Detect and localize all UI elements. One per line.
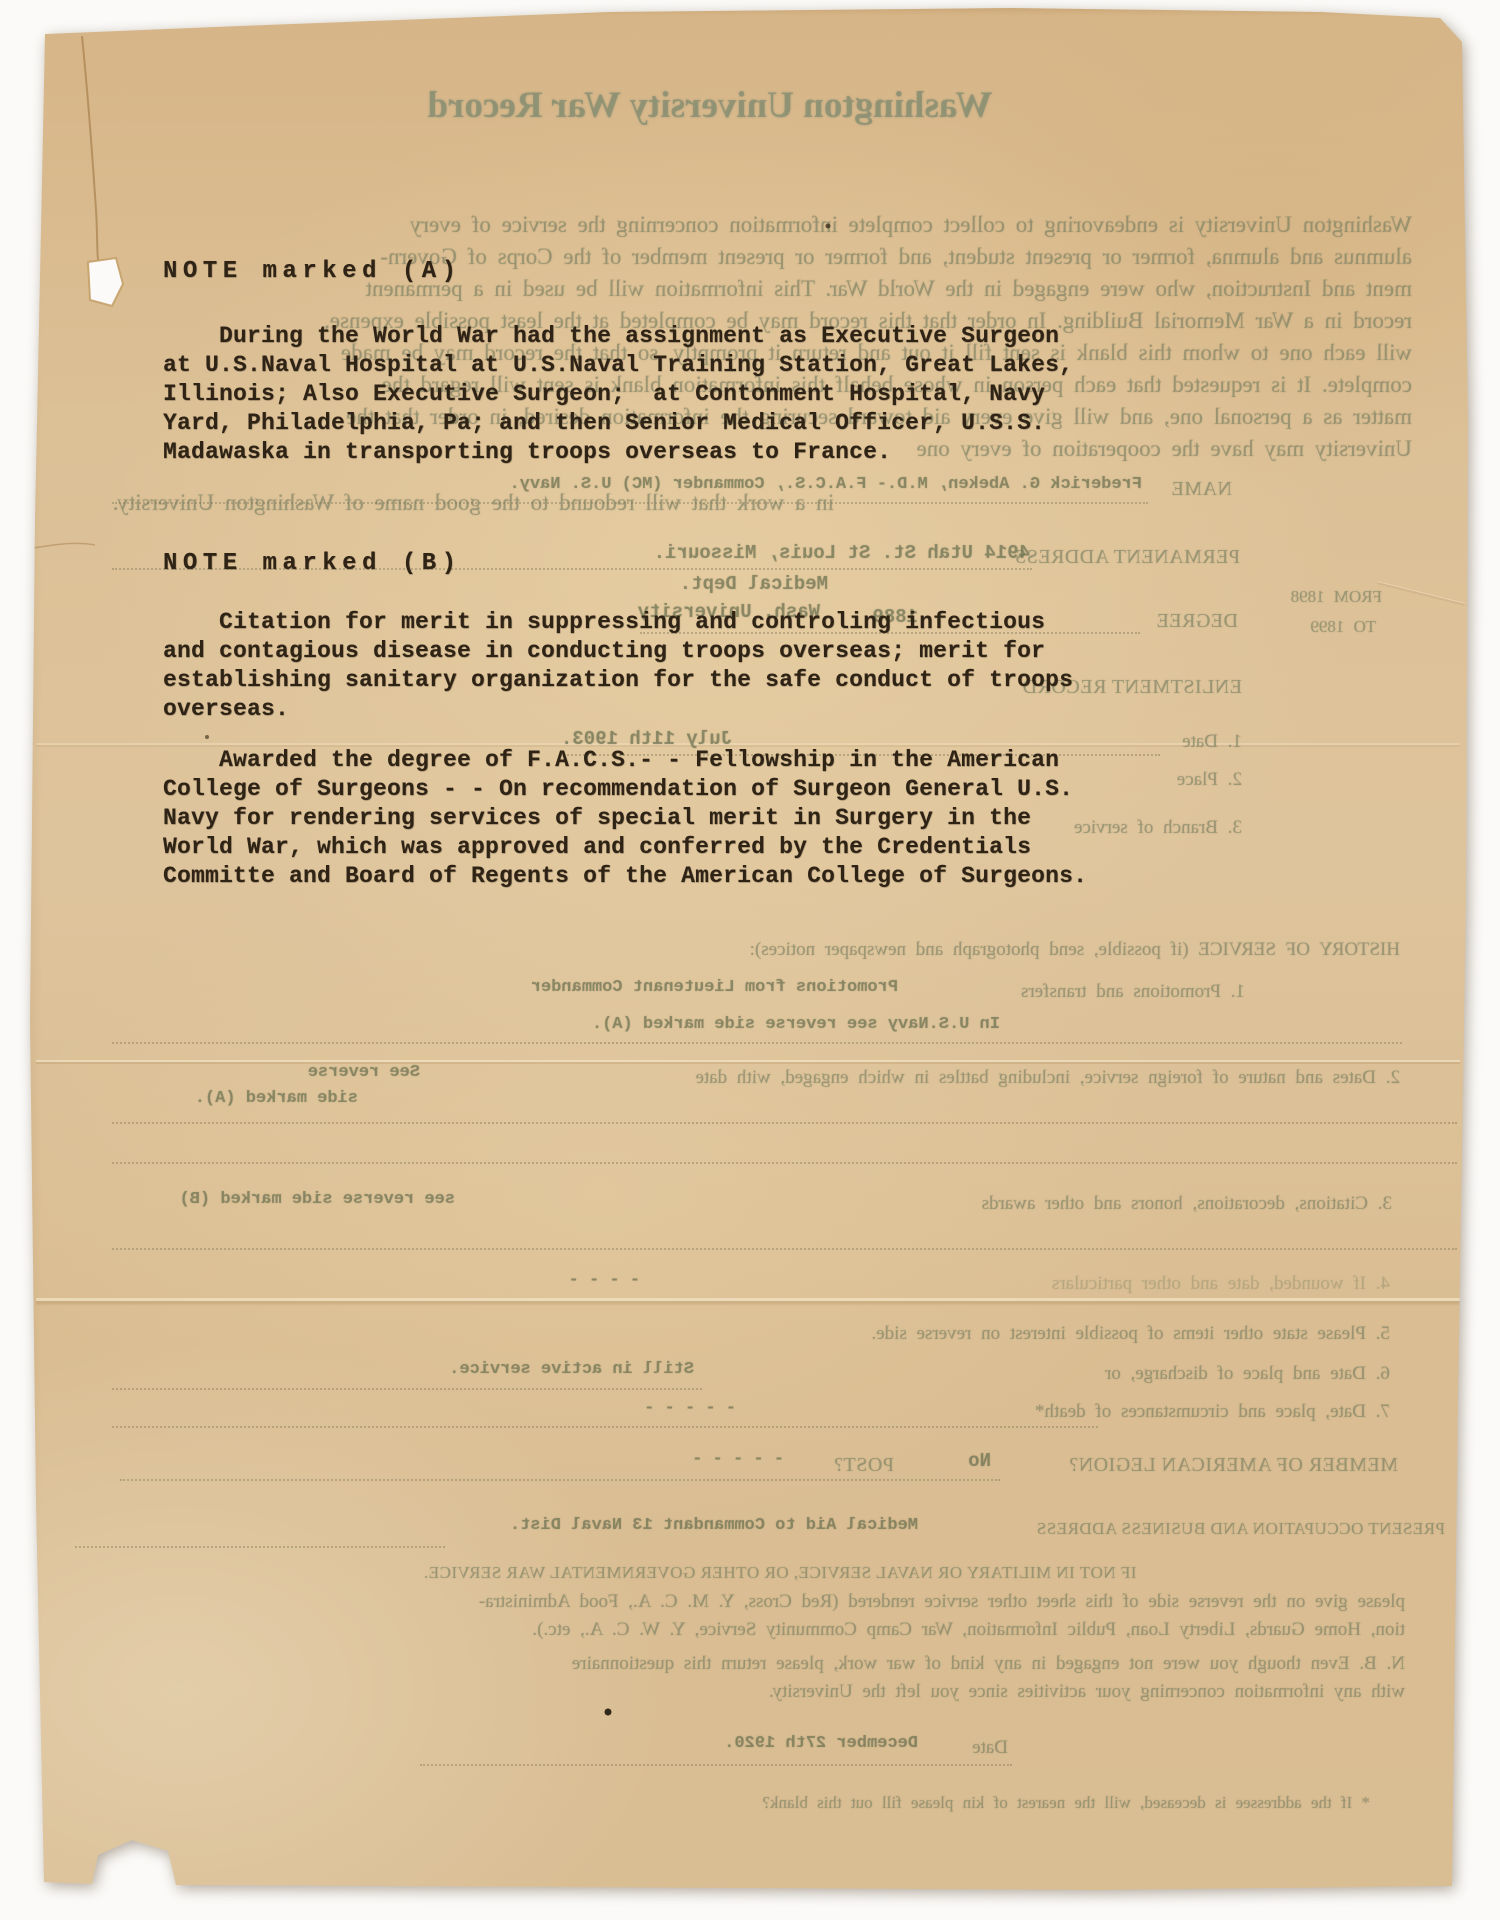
bleed-text-line: NAME: [1148, 478, 1232, 500]
bleed-dotted-rule: [112, 500, 1148, 504]
bleed-text-line: - - - -: [540, 1272, 640, 1291]
bleed-text-line: N. B. Even though you were not engaged i…: [95, 1654, 1405, 1675]
paper-crease: [36, 1060, 1460, 1064]
paper-tear-hole: [88, 258, 123, 306]
bleed-dotted-rule: [120, 1477, 1000, 1481]
bleed-dotted-rule: [112, 1040, 1402, 1044]
bleed-text-line: please give on the reverse side of this …: [95, 1592, 1405, 1613]
bleed-text-line: 1. Promotions and transfers: [905, 982, 1245, 1003]
paper-defects-overlay: [0, 0, 1500, 1920]
bleed-text-line: POST?: [818, 1454, 894, 1476]
bleed-text-line: side marked (A).: [188, 1090, 358, 1109]
typed-note-b-label: NOTE marked (B): [163, 550, 462, 578]
bleed-text-line: Medical Dept.: [682, 574, 828, 595]
bleed-text-line: MEMBER OF AMERICAN LEGION?: [1002, 1454, 1398, 1476]
bleed-text-line: Promotions from Lieutenant Commander: [478, 979, 898, 998]
ink-speck: [605, 1709, 612, 1716]
bleed-text-line: Still in active service.: [432, 1361, 694, 1380]
bleed-text-line: with any information concerning your act…: [690, 1682, 1405, 1703]
bleed-text-line: - - - - -: [648, 1451, 784, 1470]
bleed-text-line: In U.S.Navy see reverse side marked (A).: [560, 1016, 1000, 1035]
bleed-text-line: 4. If wounded, date and other particular…: [645, 1274, 1390, 1295]
bleed-dotted-rule: [112, 1120, 1457, 1124]
typed-note-a-body: During the World War had the assignment …: [163, 322, 1073, 467]
paper-crease: [36, 1298, 1460, 1306]
paper-crack-line: [82, 36, 100, 268]
bleed-text-line: PERMANENT ADDRESS: [1032, 546, 1240, 568]
bleed-text-line: - - - - -: [596, 1400, 736, 1419]
bleed-text-line: 2. Dates and nature of foreign service, …: [432, 1068, 1400, 1089]
bleed-text-line: Washington University is endeavoring to …: [92, 212, 1412, 237]
bleed-text-line: See reverse: [300, 1064, 420, 1083]
bleed-text-line: * If the addressee is deceased, will the…: [560, 1794, 1370, 1813]
bleed-dotted-rule: [112, 1246, 1457, 1250]
bleed-text-line: 3. Citations, decorations, honors and ot…: [452, 1194, 1392, 1215]
bleed-dotted-rule: [112, 1386, 702, 1390]
bleed-dotted-rule: [420, 1762, 1012, 1766]
ink-speck: [826, 224, 831, 229]
bleed-text-line: 4914 Utah St. St Louis, Missouri.: [660, 543, 1030, 564]
ink-speck: [205, 735, 209, 739]
bleed-through-layer: Washington University War RecordWashingt…: [0, 0, 1500, 1920]
typed-note-b-body: Citation for merit in suppressing and co…: [163, 608, 1073, 724]
bleed-text-line: see reverse side marked (B): [175, 1191, 455, 1210]
bleed-text-line: 5. Please state other items of possible …: [505, 1324, 1390, 1345]
typed-note-a-label: NOTE marked (A): [163, 258, 462, 286]
bleed-text-line: Frederick G. Abeken, M.D.- F.A.C.S., Com…: [512, 476, 1142, 495]
bleed-text-line: 1. Date: [1168, 732, 1242, 753]
bleed-text-line: TO 1899: [1286, 618, 1376, 637]
bleed-text-line: IF NOT IN MILITARY OR NAVAL SERVICE, OR …: [160, 1564, 1400, 1583]
bleed-text-line: 6. Date and place of discharge, or: [702, 1364, 1390, 1385]
bleed-text-line: No: [945, 1451, 991, 1472]
bleed-text-line: PRESENT OCCUPATION AND BUSINESS ADDRESS: [920, 1520, 1445, 1539]
bleed-text-line: HISTORY OF SERVICE (if possible, send ph…: [505, 940, 1400, 961]
bleed-text-line: 2. Place: [1160, 770, 1242, 791]
bleed-text-line: December 27th 1920.: [690, 1735, 918, 1754]
bleed-dotted-rule: [75, 1544, 445, 1548]
paper-crease: [1377, 581, 1465, 606]
scan-background: Washington University War RecordWashingt…: [0, 0, 1500, 1920]
typed-note-c-body: Awarded the degree of F.A.C.S.- - Fellow…: [163, 746, 1087, 891]
bleed-text-line: Washington University War Record: [330, 86, 1090, 127]
bleed-text-line: tion, Home Guards, Liberty Loan, Public …: [95, 1620, 1405, 1641]
bleed-text-line: FROM 1898: [1272, 588, 1382, 607]
document-paper: Washington University War RecordWashingt…: [0, 0, 1500, 1920]
bleed-text-line: Date: [952, 1738, 1008, 1759]
bleed-dotted-rule: [112, 1424, 1098, 1428]
bleed-text-line: 7. Date, place and circumstances of deat…: [752, 1402, 1390, 1423]
edge-tear-line: [32, 543, 95, 548]
bleed-text-line: DEGREE: [1152, 610, 1238, 632]
paper-shadow-wrap: Washington University War RecordWashingt…: [0, 0, 1500, 1920]
bleed-text-line: Medical Aid to Commandant 13 Naval Dist.: [448, 1517, 918, 1536]
bleed-dotted-rule: [112, 1160, 1457, 1164]
bleed-text-line: in a work that will redound to the good …: [92, 490, 834, 515]
